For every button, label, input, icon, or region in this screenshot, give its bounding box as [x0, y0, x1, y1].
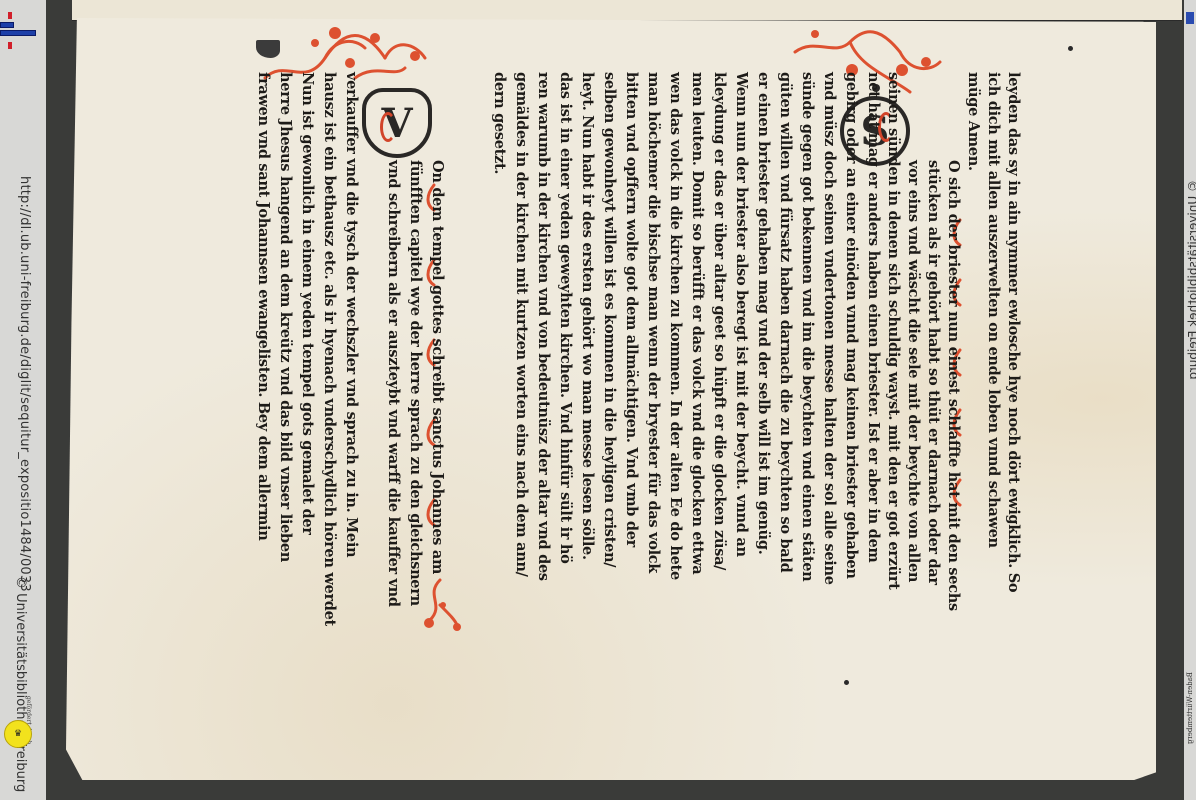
text-line: er einen briester gehaben mag vnd der se… [752, 72, 774, 592]
text-line: gemäldes in der kirchen mit kurtzen wort… [510, 72, 532, 592]
text-line: seinen sünden in denen sich schuldig way… [882, 72, 904, 592]
text-line: vnd schreibern als er auszteybt vnd warf… [382, 72, 404, 592]
copyright-notice: © Universitätsbibliothek Freiburg [13, 576, 28, 792]
viewer-left-margin: http://dl.ub.uni-freiburg.de/diglit/sequ… [0, 0, 46, 800]
text-line: net hat mag er anders haben einen briest… [862, 72, 884, 592]
text-line: fünfften capitel wye der herre sprach zu… [404, 72, 426, 592]
printed-text-column: leyden das sy in ain nymmer ewlosche hye… [228, 72, 1038, 592]
text-line: kleydung er das er über altar geet so hü… [708, 72, 730, 592]
viewer-right-margin: © Universitätsbibliothek Freiburg Baden-… [1184, 0, 1196, 800]
text-line: men leuten. Domit so berüfft er das volc… [686, 72, 708, 592]
logo-fragment-icon [1186, 12, 1194, 24]
text-line: vor eins vnd wäscht die sele mit der bey… [902, 72, 924, 592]
text-line: ren warumb in der kirchen vnd von bedeut… [532, 72, 554, 592]
text-line: frawen vnd sant Johannsen ewangelisten. … [252, 72, 274, 592]
mirrored-copyright: © Universitätsbibliothek Freiburg [1186, 180, 1196, 380]
text-line: Wenn nun der briester also beregt ist mi… [730, 72, 752, 592]
ub-freiburg-logo-icon [0, 8, 40, 48]
text-line: herre Jhesus hangend an dem kreütz vnd d… [274, 72, 296, 592]
text-line: wen das volck in die kirchen zu kommen. … [664, 72, 686, 592]
text-line: stücken als ir gehört habt so thüt er da… [922, 72, 944, 592]
text-line: sünde gegen got bekennen vnd im die beyc… [796, 72, 818, 592]
text-line: verkauffer vnd die tysch der wechszler v… [340, 72, 362, 592]
previous-page-edge [72, 0, 1182, 21]
text-line: ich dich mit allen auszerwelten on ende … [982, 72, 1004, 592]
text-line: dern gesetzt. [488, 72, 510, 592]
text-line: hausz ist ein bethausz etc. als ir hyena… [318, 72, 340, 592]
paper-spot [844, 680, 849, 685]
text-line: bitten vnd opffern wolte got dem allmäch… [620, 72, 642, 592]
text-line: müge Amen. [962, 72, 984, 592]
text-line: gebirg oder an einer einöden vnnd mag ke… [840, 72, 862, 592]
paper-spot [1068, 46, 1073, 51]
text-line: güten willen vnd fürsatz haben darnach d… [774, 72, 796, 592]
text-line: heyt. Nun habt ir des ersten gehört wo m… [576, 72, 598, 592]
text-line: O sich der briester nun einest schlaffte… [942, 72, 964, 592]
text-line: das ist in einer yeden geweyhten kirchen… [554, 72, 576, 592]
text-line: man höchemer die bischse man wenn der br… [642, 72, 664, 592]
text-line: On dem tempel gottes schreibt sanctus Jo… [426, 72, 448, 592]
text-line: selben gewonheyt willen ist es kommen in… [598, 72, 620, 592]
text-line: leyden das sy in ain nymmer ewlosche hye… [1002, 72, 1024, 592]
mirrored-funder: Baden-Württemberg [1186, 672, 1194, 744]
text-line: vnd müsz doch seinen vndertonen messe ha… [818, 72, 840, 592]
text-line: Nun ist gewonlich in einem yeden tempel … [296, 72, 318, 592]
funder-seal-icon: ♛ [4, 720, 32, 748]
permalink-url: http://dl.ub.uni-freiburg.de/diglit/sequ… [17, 176, 32, 596]
